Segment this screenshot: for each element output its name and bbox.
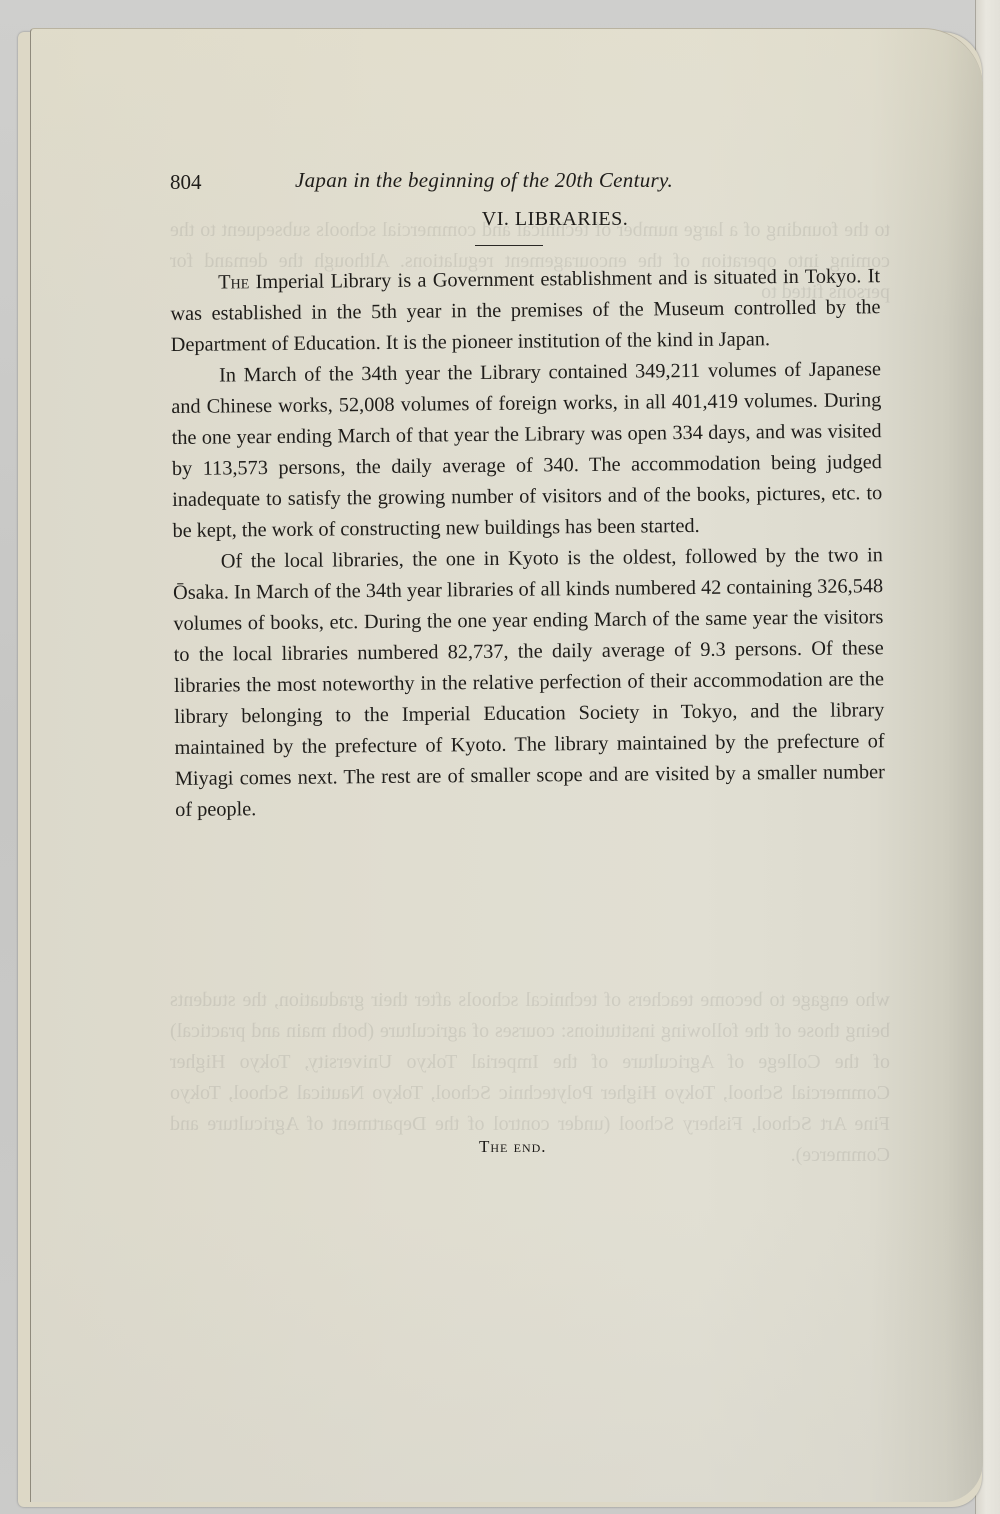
page-number: 804: [170, 170, 202, 195]
body-text: The Imperial Library is a Government est…: [170, 261, 885, 826]
paragraph-library-statistics: In March of the 34th year the Library co…: [171, 354, 883, 547]
page-content: 804 Japan in the beginning of the 20th C…: [170, 160, 880, 826]
paragraph-local-libraries: Of the local libraries, the one in Kyoto…: [173, 540, 886, 826]
paragraph-lead: The: [218, 271, 249, 293]
title-rule-divider: [475, 245, 543, 246]
paragraph-text: In March of the 34th year the Library co…: [171, 358, 882, 542]
closing-the-end: The end.: [479, 1137, 547, 1157]
paragraph-text: Of the local libraries, the one in Kyoto…: [173, 544, 885, 821]
running-head: 804 Japan in the beginning of the 20th C…: [170, 160, 880, 200]
paragraph-imperial-library: The Imperial Library is a Government est…: [170, 261, 881, 361]
running-title: Japan in the beginning of the 20th Centu…: [295, 168, 673, 193]
paragraph-text: Imperial Library is a Government establi…: [170, 265, 880, 356]
section-title: VI. LIBRARIES.: [170, 208, 880, 231]
